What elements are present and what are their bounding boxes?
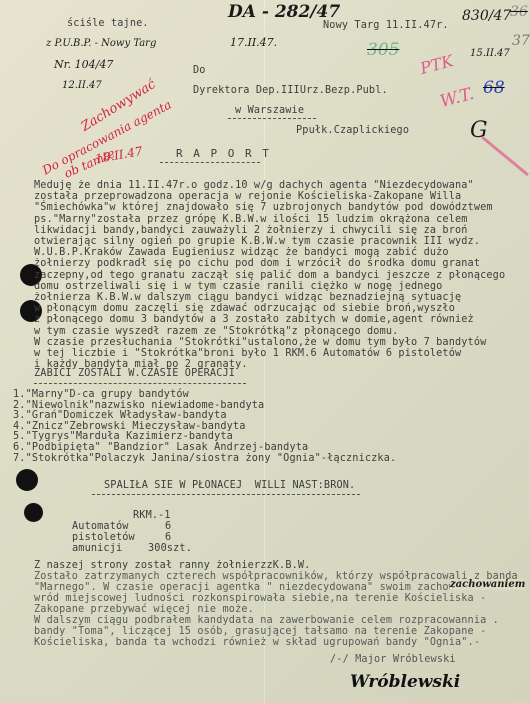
typed-signature: /-/ Major Wróblewski	[330, 654, 456, 666]
title-underline	[160, 162, 260, 163]
punch-hole	[24, 503, 43, 522]
weapon-label: RKM.	[133, 510, 158, 522]
killed-heading: ZABICI ZOSTALI W.CZASIE OPERACJI	[34, 368, 235, 380]
handwritten-crossed-number: 36	[510, 4, 528, 20]
handwritten-top-center-date: 17.II.47.	[230, 36, 277, 49]
document-page: ściśle tajne. z P.U.B.P. - Nowy Targ Nr.…	[0, 0, 530, 703]
handwritten-top-center-number: DA - 282/47	[228, 2, 340, 22]
body-line: żołnierza K.B.W.w dalszym ciągu bandyci …	[34, 292, 461, 304]
handwritten-insert-zachowaniem: zachowaniem	[450, 579, 525, 590]
closing-line: bandy "Toma", liczącej 15 osób, grasując…	[34, 626, 486, 638]
closing-line: Zostało zatrzymanych czterech współpraco…	[34, 571, 518, 583]
weapon-label: pistoletów	[72, 532, 135, 544]
weapon-label: amunicji	[72, 543, 122, 555]
weapon-value: 6	[165, 532, 171, 544]
pink-annotation-wt: W.T.	[438, 84, 476, 112]
underline-divider	[228, 118, 316, 119]
body-line: żołnierzy podkradł się po cichu pod dom …	[34, 258, 480, 270]
classification-label: ściśle tajne.	[67, 18, 149, 30]
closing-line: "Marnego". W czasie operacji agentka " n…	[34, 582, 486, 594]
closing-line: wród miejscowej ludności rozkonspirowała…	[34, 593, 486, 605]
body-line: ps."Marny"została przez grópę K.B.W.w il…	[34, 214, 468, 226]
place-date: Nowy Targ 11.II.47r.	[323, 20, 449, 32]
recipient-line1: Dyrektora Dep.IIIUrz.Bezp.Publ.	[193, 85, 388, 97]
body-line: otwierając silny ogień po grupie K.B.W.w…	[34, 236, 480, 248]
killed-heading-underline	[34, 383, 246, 384]
blue-crossed-number: 68	[483, 78, 505, 98]
handwritten-ref-date: 12.II.47	[62, 80, 102, 91]
body-line: W czasie przesłuchania "Stokrótki"ustalo…	[34, 337, 486, 349]
report-title: R A P O R T	[176, 148, 271, 160]
weapons-heading-underline	[92, 494, 360, 495]
weapons-heading: SPALIŁA SIE W PŁONACEJ WILLI NAST:BRON.	[104, 480, 355, 492]
pink-annotation-ptk: PTK	[418, 51, 455, 78]
closing-line: Zakopane przebywać więcej nie może.	[34, 604, 254, 616]
weapon-label: Automatów	[72, 521, 129, 533]
body-line: domu ostrzeliwali się i w tym czasie ran…	[34, 281, 442, 293]
handwritten-number-37: 37	[512, 33, 530, 49]
weapon-value: -1	[158, 510, 171, 522]
body-line: zaczepny,od tego granatu zaczął się pali…	[34, 270, 505, 282]
recipient-line2: w Warszawie	[235, 105, 304, 117]
recipient-to: Do	[193, 65, 206, 77]
weapon-value: 6	[165, 521, 171, 533]
closing-line: Kościeliska, banda ta wchodzi również w …	[34, 637, 480, 649]
body-line: Meduję że dnia 11.II.47r.o godz.10 w/g d…	[34, 180, 474, 192]
body-line: likwidacji bandy,bandyci zauważyli 2 żoł…	[34, 225, 468, 237]
closing-line: Z naszej strony został ranny żołnierzzK.…	[34, 560, 310, 572]
pink-stroke-mark	[480, 135, 530, 180]
recipient-line3: Ppułk.Czaplickiego	[296, 125, 409, 137]
weapon-value: 300szt.	[148, 543, 192, 555]
closing-line: W dalszym ciągu podbrałem kandydata na z…	[34, 615, 499, 627]
body-line: w tym czasie wyszedł razem ze "Stokrótką…	[34, 326, 398, 338]
body-line: "Śmiechówka"w której znajdowało się 7 uz…	[34, 202, 493, 214]
green-crossed-number: 305	[367, 40, 399, 60]
handwritten-signature: Wróblewski	[350, 672, 460, 692]
handwritten-top-right-number: 830/47	[462, 8, 511, 24]
handwritten-top-right-date: 15.II.47	[470, 48, 510, 59]
body-line: w tej liczbie i "Stokrótka"broni było 1 …	[34, 348, 461, 360]
body-line: z płonącego domu 3 bandytów a 3 zostało …	[34, 314, 474, 326]
killed-list-item: 7."Stokrótka"Polaczyk Janina/siostra żon…	[13, 453, 396, 465]
punch-hole	[16, 469, 38, 491]
